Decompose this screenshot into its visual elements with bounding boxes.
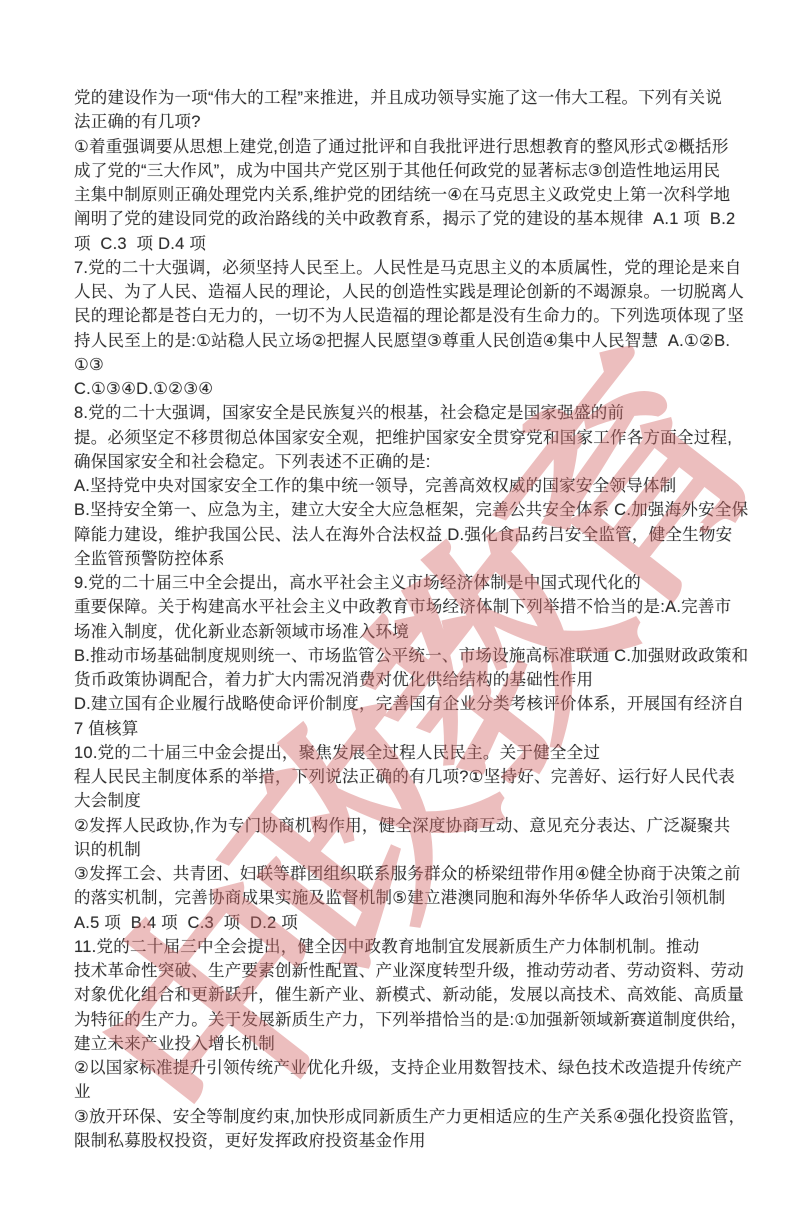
text-line: ①着重强调要从思想上建党,创造了通过批评和自我批评进行思想教育的整风形式②概括形 [74,135,746,159]
text-line: ③放开环保、安全等制度约束,加快形成同新质生产力更相适应的生产关系④强化投资监管… [74,1105,746,1129]
text-line: 大会制度 [74,789,746,813]
text-line: ②以国家标准提升引领传统产业优化升级，支持企业用数智技术、绿色技术改造提升传统产 [74,1056,746,1080]
text-line: D.建立国有企业履行战略使命评价制度，完善国有企业分类考核评价体系，开展国有经济… [74,692,746,716]
text-line: 7 值核算 [74,717,746,741]
text-line: 的落实机制，完善协商成果实施及监督机制⑤建立港澳同胞和海外华侨华人政治引领机制 [74,886,746,910]
text-line: C.①③④D.①②③④ [74,377,746,401]
text-line: 技术革命性突破、生产要素创新性配置、产业深度转型升级，推动劳动者、劳动资料、劳动 [74,959,746,983]
text-line: 提。必须坚定不移贯彻总体国家安全观，把维护国家安全贯穿党和国家工作各方面全过程, [74,426,746,450]
text-line: 人民、为了人民、造福人民的理论，人民的创造性实践是理论创新的不竭源泉。一切脱离人 [74,280,746,304]
text-line: 10.党的二十届三中金会提出，聚焦发展全过程人民民主。关于健全全过 [74,741,746,765]
text-line: 8.党的二十大强调，国家安全是民族复兴的根基，社会稳定是国家强盛的前 [74,401,746,425]
text-line: 限制私募股权投资，更好发挥政府投资基金作用 [74,1129,746,1153]
text-line: 对象优化组合和更新跃升，催生新产业、新模式、新动能，发展以高技术、高效能、高质量 [74,983,746,1007]
text-line: 确保国家安全和社会稳定。下列表述不正确的是: [74,450,746,474]
text-line: 重要保障。关于构建高水平社会主义中政教育市场经济体制下列举措不恰当的是:A.完善… [74,595,746,619]
text-line: 11.党的二十届三中全会提出，健全因中政教育地制宜发展新质生产力体制机制。推动 [74,935,746,959]
text-line: 项 C.3 项 D.4 项 [74,232,746,256]
text-line: 法正确的有几项? [74,110,746,134]
text-line: 识的机制 [74,838,746,862]
document-page: 中政教育 党的建设作为一项“伟大的工程”来推进，并且成功领导实施了这一伟大工程。… [0,0,800,1224]
text-line: ③发挥工会、共青团、妇联等群团组织联系服务群众的桥梁纽带作用④健全协商于决策之前 [74,862,746,886]
text-line: 全监管预警防控体系 [74,547,746,571]
text-line: B.推动市场基础制度规则统一、市场监管公平统一、市场设施高标准联通 C.加强财政… [74,644,746,668]
text-line: 7.党的二十大强调，必须坚持人民至上。人民性是马克思主义的本质属性，党的理论是来… [74,256,746,280]
text-line: A.5 项 B.4 项 C.3 项 D.2 项 [74,911,746,935]
text-line: 主集中制原则正确处理党内关系,维护党的团结统一④在马克思主义政党史上第一次科学地 [74,183,746,207]
text-line: 为特征的生产力。关于发展新质生产力，下列举措恰当的是:①加强新领域新赛道制度供给… [74,1008,746,1032]
text-line: 业 [74,1080,746,1104]
text-line: A.坚持党中央对国家安全工作的集中统一领导，完善高效权威的国家安全领导体制 [74,474,746,498]
text-line: 持人民至上的是:①站稳人民立场②把握人民愿望③尊重人民创造④集中人民智慧 A.①… [74,329,746,353]
text-column: 党的建设作为一项“伟大的工程”来推进，并且成功领导实施了这一伟大工程。下列有关说… [74,86,746,1153]
text-line: 党的建设作为一项“伟大的工程”来推进，并且成功领导实施了这一伟大工程。下列有关说 [74,86,746,110]
text-line: ①③ [74,353,746,377]
text-line: B.坚持安全第一、应急为主，建立大安全大应急框架，完善公共安全体系 C.加强海外… [74,498,746,522]
text-line: 货币政策协调配合，着力扩大内需况消费对优化供给结构的基础性作用 [74,668,746,692]
text-line: 建立未来产业投入增长机制 [74,1032,746,1056]
text-line: 程人民民主制度体系的举措，下列说法正确的有几项?①坚持好、完善好、运行好人民代表 [74,765,746,789]
text-line: 场准入制度，优化新业态新领域市场准入环境 [74,620,746,644]
text-line: ②发挥人民政协,作为专门协商机构作用，健全深度协商互动、意见充分表达、广泛凝聚共 [74,814,746,838]
text-line: 成了党的“三大作风”，成为中国共产党区别于其他任何政党的显著标志③创造性地运用民 [74,159,746,183]
text-line: 障能力建设，维护我国公民、法人在海外合法权益 D.强化食品药吕安全监管，健全生物… [74,523,746,547]
text-line: 9.党的二十届三中全会提出，高水平社会主义市场经济体制是中国式现代化的 [74,571,746,595]
text-line: 阐明了党的建设同党的政治路线的关中政教育系，揭示了党的建设的基本规律 A.1 项… [74,207,746,231]
text-line: 民的理论都是苍白无力的，一切不为人民造福的理论都是没有生命力的。下列选项体现了坚 [74,304,746,328]
